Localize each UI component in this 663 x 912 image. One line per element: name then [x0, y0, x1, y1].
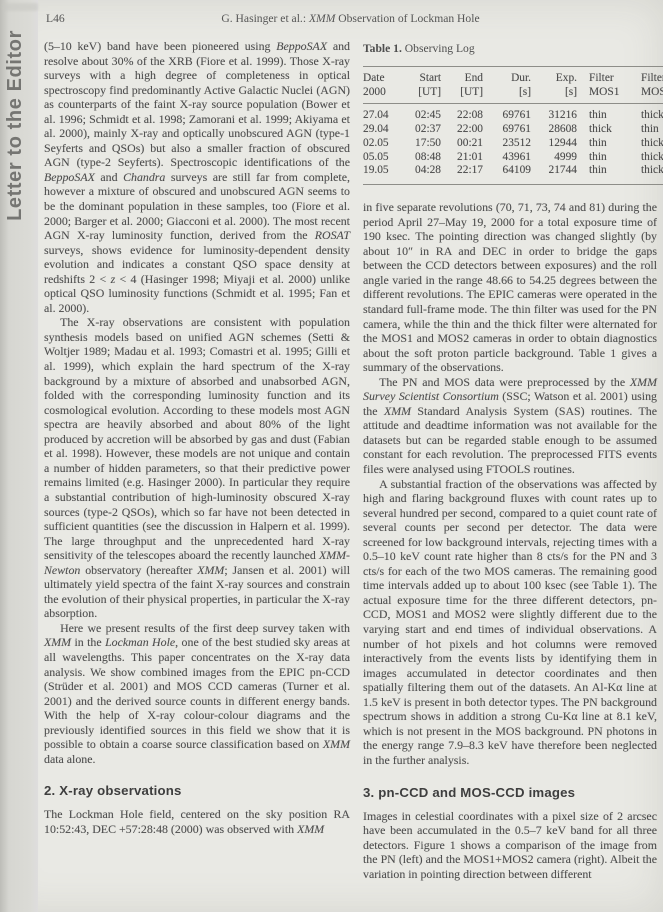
table-header-cell: Exp.[s] [531, 67, 577, 104]
right-column: Table 1. Observing Log Date2000Start[UT]… [363, 39, 657, 881]
table-header-cell: FilterMOS1 [577, 67, 629, 104]
table-cell: 05.05 [363, 151, 399, 165]
table-cell: 27.04 [363, 104, 399, 123]
observing-log-table: Date2000Start[UT]End[UT]Dur.[s]Exp.[s]Fi… [363, 66, 663, 185]
observing-log-table-block: Table 1. Observing Log Date2000Start[UT]… [363, 42, 657, 185]
table-cell: 43961 [483, 151, 531, 165]
table-cell: thin [629, 123, 663, 137]
table-header-cell: Dur.[s] [483, 67, 531, 104]
table-cell: thick [577, 123, 629, 137]
table-cell: 08:48 [399, 151, 441, 165]
table-caption-text: Observing Log [405, 42, 475, 55]
table-cell: 31216 [531, 104, 577, 123]
table-cell: 22:08 [441, 104, 483, 123]
scan-artifact [2, 3, 38, 11]
journal-sidebar: Letter to the Editor [0, 0, 38, 912]
table-cell: thick [629, 137, 663, 151]
paragraph: in five separate revolutions (70, 71, 73… [363, 200, 657, 375]
table-cell: 28608 [531, 123, 577, 137]
table-cell: thin [577, 151, 629, 165]
table-cell: 69761 [483, 104, 531, 123]
table-header-cell: FilterMOS2 [629, 67, 663, 104]
two-column-body: (5–10 keV) band have been pioneered usin… [44, 39, 657, 881]
table-cell: thick [629, 164, 663, 184]
sidebar-section-label: Letter to the Editor [4, 30, 27, 221]
running-header: L46 G. Hasinger et al.: XMM Observation … [44, 10, 657, 30]
table-cell: 02.05 [363, 137, 399, 151]
paragraph: Here we present results of the first dee… [44, 621, 350, 766]
table-row: 05.0508:4821:01439614999thinthick [363, 151, 663, 165]
table-cell: 12944 [531, 137, 577, 151]
table-header-row: Date2000Start[UT]End[UT]Dur.[s]Exp.[s]Fi… [363, 67, 663, 104]
table-row: 02.0517:5000:212351212944thinthick [363, 137, 663, 151]
table-row: 19.0504:2822:176410921744thinthick [363, 164, 663, 184]
table-cell: 00:21 [441, 137, 483, 151]
table-header-cell: Start[UT] [399, 67, 441, 104]
paragraph: The X-ray observations are consistent wi… [44, 315, 350, 620]
table-cell: thick [629, 151, 663, 165]
section-3-paragraph: Images in celestial coordinates with a p… [363, 809, 657, 882]
table-cell: 29.04 [363, 123, 399, 137]
table-cell: 64109 [483, 164, 531, 184]
paragraph: The PN and MOS data were preprocessed by… [363, 375, 657, 477]
table-cell: 02:45 [399, 104, 441, 123]
section-heading-xray-observations: 2. X-ray observations [44, 783, 350, 798]
section-2-paragraph: The Lockman Hole field, centered on the … [44, 807, 350, 836]
section-heading-ccd-images: 3. pn-CCD and MOS-CCD images [363, 785, 657, 800]
running-title: G. Hasinger et al.: XMM Observation of L… [44, 10, 657, 25]
table-cell: 21744 [531, 164, 577, 184]
table-cell: 23512 [483, 137, 531, 151]
table-row: 27.0402:4522:086976131216thinthick [363, 104, 663, 123]
table-cell: 69761 [483, 123, 531, 137]
table-cell: 02:37 [399, 123, 441, 137]
table-cell: thin [577, 164, 629, 184]
table-header-cell: End[UT] [441, 67, 483, 104]
table-caption-label: Table 1. [363, 42, 402, 55]
table-cell: thin [577, 104, 629, 123]
table-cell: 04:28 [399, 164, 441, 184]
intro-paragraphs: (5–10 keV) band have been pioneered usin… [44, 39, 350, 766]
table-cell: thin [577, 137, 629, 151]
paragraph: (5–10 keV) band have been pioneered usin… [44, 39, 350, 315]
table-cell: 17:50 [399, 137, 441, 151]
table-cell: 22:00 [441, 123, 483, 137]
table-cell: 21:01 [441, 151, 483, 165]
observations-paragraphs: in five separate revolutions (70, 71, 73… [363, 200, 657, 767]
table-header-cell: Date2000 [363, 67, 399, 104]
table-cell: 4999 [531, 151, 577, 165]
page-number: L46 [46, 12, 65, 25]
left-column: (5–10 keV) band have been pioneered usin… [44, 39, 350, 881]
journal-page-scan: Letter to the Editor L46 G. Hasinger et … [0, 0, 663, 912]
table-cell: 22:17 [441, 164, 483, 184]
paragraph: A substantial fraction of the observatio… [363, 477, 657, 768]
page-content: L46 G. Hasinger et al.: XMM Observation … [44, 10, 657, 881]
table-caption: Table 1. Observing Log [363, 42, 657, 55]
table-cell: thick [629, 104, 663, 123]
table-cell: 19.05 [363, 164, 399, 184]
table-row: 29.0402:3722:006976128608thickthin [363, 123, 663, 137]
